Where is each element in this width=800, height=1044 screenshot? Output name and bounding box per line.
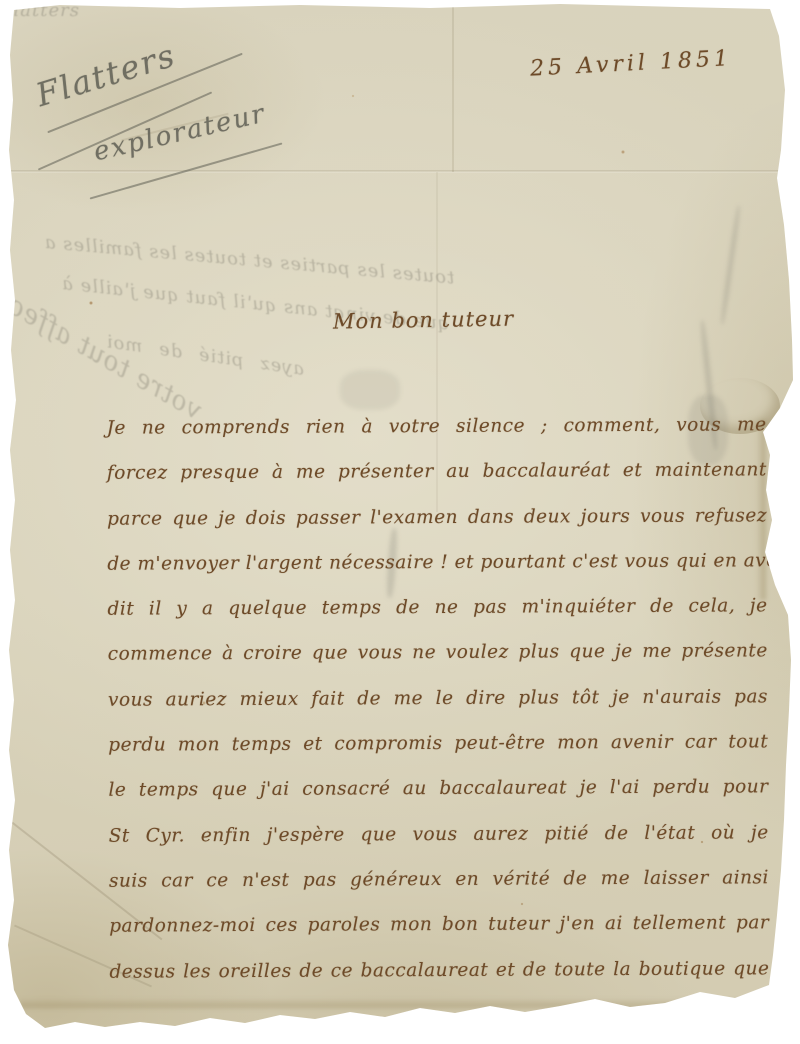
scan-edge-strip <box>52 0 764 3</box>
torn-bottom-edge-shading <box>20 998 770 1008</box>
letter-body-line: Je ne comprends rien à votre silence ; c… <box>106 402 766 451</box>
letter-body-line: perdu mon temps et compromis peut-être m… <box>108 719 768 768</box>
letter-body-line: St Cyr. enfin j'espère que vous aurez pi… <box>109 810 769 859</box>
horizontal-fold-crease <box>10 170 785 173</box>
letter-body-line: vous auriez mieux fait de me le dire plu… <box>108 674 768 723</box>
bleedthrough-line: Flatters <box>0 0 80 21</box>
letter-scan: toutes les parties et toutes les famille… <box>0 0 800 1044</box>
bleedthrough-line: ayez pitié de moi <box>105 331 306 380</box>
letter-body-line: forcez presque à me présenter au baccala… <box>107 448 767 497</box>
pencil-annotation-name: Flatters <box>32 36 181 114</box>
letter-body-line: commence à croire que vous ne voulez plu… <box>108 629 768 678</box>
vertical-fold-crease <box>452 6 454 172</box>
letter-body-line: parce que je dois passer l'examen dans d… <box>107 493 767 542</box>
letter-date: 25 Avril 1851 <box>529 47 705 81</box>
letter-body-line: dessus les oreilles de ce baccalaureat e… <box>109 946 769 995</box>
paper-sheet: toutes les parties et toutes les famille… <box>0 0 800 1044</box>
bleedthrough-line: toutes les parties et toutes les famille… <box>95 236 455 288</box>
letter-salutation: Mon bon tuteur <box>333 306 523 333</box>
letter-body: Je ne comprends rien à votre silence ; c… <box>106 402 769 994</box>
letter-body-line: de m'envoyer l'argent nécessaire ! et po… <box>107 538 767 587</box>
letter-body-line: le temps que j'ai consacré au baccalaure… <box>108 765 768 814</box>
letter-body-line: suis car ce n'est pas généreux en vérité… <box>109 855 769 904</box>
letter-body-line: pardonnez-moi ces paroles mon bon tuteur… <box>109 901 769 950</box>
letter-body-line: dit il y a quelque temps de ne pas m'inq… <box>107 583 767 632</box>
pencil-smudge <box>720 205 742 325</box>
